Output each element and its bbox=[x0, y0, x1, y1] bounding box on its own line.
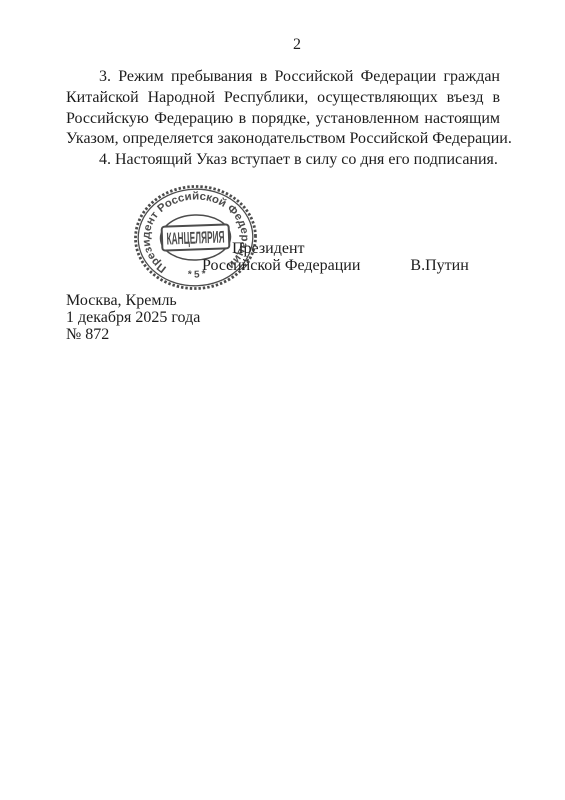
footer-place: Москва, Кремль bbox=[66, 292, 200, 309]
paragraph-4: 4. Настоящий Указ вступает в силу со дня… bbox=[66, 150, 500, 171]
paragraph-3-line-4: Указом, определяется законодательством Р… bbox=[66, 129, 500, 150]
page-number: 2 bbox=[267, 36, 327, 54]
stamp-center-label: КАНЦЕЛЯРИЯ bbox=[166, 227, 225, 248]
document-page: 2 3. Режим пребывания в Российской Федер… bbox=[0, 0, 565, 800]
paragraph-3: 3. Режим пребывания в Российской Федерац… bbox=[66, 67, 500, 150]
chancellery-stamp: Президент Российской Федерации * 5 * КАН… bbox=[131, 182, 260, 293]
footer-date: 1 декабря 2025 года bbox=[66, 309, 200, 326]
decree-body: 3. Режим пребывания в Российской Федерац… bbox=[66, 67, 500, 171]
paragraph-3-line-1: 3. Режим пребывания в Российской Федерац… bbox=[66, 67, 500, 88]
decree-footer: Москва, Кремль 1 декабря 2025 года № 872 bbox=[66, 292, 200, 343]
stamp-seal-graphic: Президент Российской Федерации * 5 * КАН… bbox=[131, 182, 260, 293]
paragraph-3-line-3: Российскую Федерацию в порядке, установл… bbox=[66, 109, 500, 130]
stamp-bottom-text: * 5 * bbox=[187, 268, 207, 280]
signature-name: В.Путин bbox=[410, 257, 468, 274]
footer-number: № 872 bbox=[66, 326, 200, 343]
paragraph-3-line-2: Китайской Народной Республики, осуществл… bbox=[66, 88, 500, 109]
